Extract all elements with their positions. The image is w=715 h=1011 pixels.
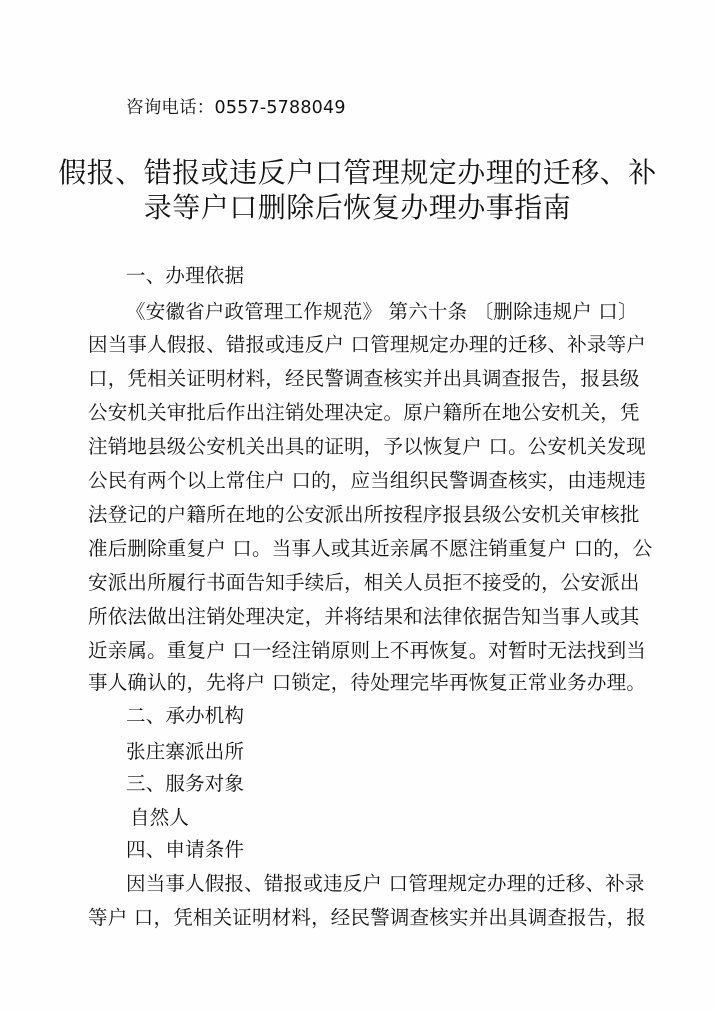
section-heading-basis: 一、办理依据 [126, 264, 244, 288]
service-target: 自然人 [130, 806, 189, 830]
paragraph-line: 近亲属。重复户 口一经注销原则上不再恢复。对暂时无法找到当 [88, 639, 628, 663]
paragraph-line: 法登记的户籍所在地的公安派出所按程序报县级公安机关审核批 [88, 503, 628, 527]
paragraph-line: 因当事人假报、错报或违反户 口管理规定办理的迁移、补录等户 [88, 333, 628, 357]
section-heading-service-target: 三、服务对象 [126, 772, 244, 796]
paragraph-line: 事人确认的，先将户 口锁定，待处理完毕再恢复正常业务办理。 [88, 671, 628, 695]
paragraph-line: 口，凭相关证明材料，经民警调查核实并出具调查报告，报县级 [88, 367, 628, 391]
section-heading-conditions: 四、申请条件 [126, 838, 244, 862]
paragraph-line: 公民有两个以上常住户 口的，应当组织民警调查核实，由违规违 [88, 469, 628, 493]
paragraph-line: 等户 口，凭相关证明材料，经民警调查核实并出具调查报告，报 [88, 906, 628, 930]
paragraph-line: 公安机关审批后作出注销处理决定。原户籍所在地公安机关，凭 [88, 401, 628, 425]
paragraph-line: 因当事人假报、错报或违反户 口管理规定办理的迁移、补录 [126, 872, 628, 896]
paragraph-line: 安派出所履行书面告知手续后，相关人员拒不接受的，公安派出 [88, 571, 628, 595]
paragraph-line: 所依法做出注销处理决定，并将结果和法律依据告知当事人或其 [88, 605, 628, 629]
agency-name: 张庄寨派出所 [126, 740, 244, 764]
document-page: 咨询电话：0557-5788049 假报、错报或违反户口管理规定办理的迁移、补 … [0, 0, 715, 1011]
paragraph-line: 注销地县级公安机关出具的证明，予以恢复户 口。公安机关发现 [88, 435, 628, 459]
section-heading-agency: 二、承办机构 [126, 704, 244, 728]
paragraph-line: 《安徽省户政管理工作规范》 第六十条 〔删除违规户 口〕 [126, 300, 628, 324]
paragraph-line: 准后删除重复户 口。当事人或其近亲属不愿注销重复户 口的，公 [88, 537, 628, 561]
consult-phone: 咨询电话：0557-5788049 [126, 96, 346, 120]
document-title-line-2: 录等户口删除后恢复办理办事指南 [0, 191, 715, 225]
document-title-line-1: 假报、错报或违反户口管理规定办理的迁移、补 [0, 156, 715, 190]
